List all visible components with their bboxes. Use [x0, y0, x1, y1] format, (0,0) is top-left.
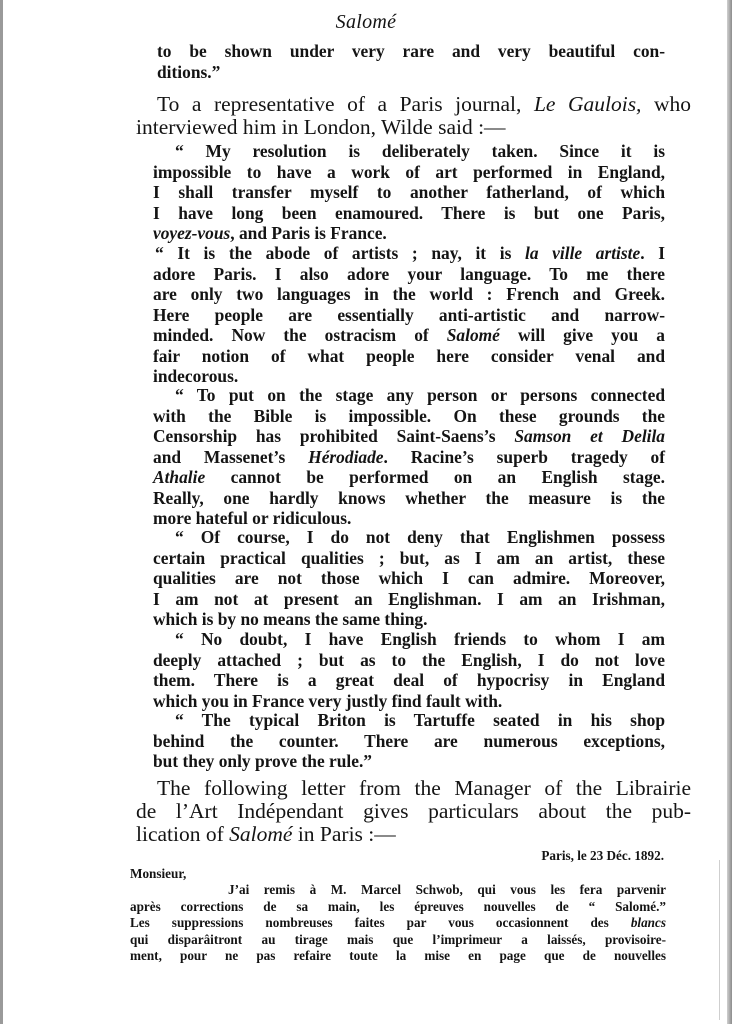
text-line: adore Paris. I also adore your language.…: [153, 264, 665, 285]
text-line: “ It is the abode of artists ; nay, it i…: [153, 243, 665, 264]
journal-title: Le Gaulois,: [534, 92, 642, 116]
text-line: qualities are not those which I can admi…: [153, 568, 665, 589]
text-line: To a representative of a Paris journal, …: [136, 93, 691, 116]
text-line: which you in France very justly find fau…: [153, 691, 665, 712]
text-line: voyez-vous, and Paris is France.: [153, 223, 665, 244]
text-line: ment, pour ne pas refaire toute la mise …: [130, 948, 666, 965]
text-line: “ Of course, I do not deny that Englishm…: [153, 527, 665, 548]
letter-intro-paragraph: The following letter from the Manager of…: [136, 777, 691, 846]
letter-dateline: Paris, le 23 Déc. 1892.: [130, 848, 666, 865]
quote-paragraph-1: “ My resolution is deliberately taken. S…: [153, 141, 665, 244]
text-line: “ No doubt, I have English friends to wh…: [153, 629, 665, 650]
page-left-edge: [0, 0, 3, 1024]
quote-paragraph-2: “ It is the abode of artists ; nay, it i…: [153, 243, 665, 387]
intro-tail-paragraph: to be shown under very rare and very bea…: [157, 41, 665, 82]
text-line: certain practical qualities ; but, as I …: [153, 548, 665, 569]
text-line: behind the counter. There are numerous e…: [153, 731, 665, 752]
page-right-edge: [727, 0, 732, 1024]
text-line: Here people are essentially anti-artisti…: [153, 305, 665, 326]
text-line: qui disparâitront au tirage mais que l’i…: [130, 932, 666, 949]
page-gutter-line: [719, 860, 720, 1020]
text-line: fair notion of what people here consider…: [153, 346, 665, 367]
text-line: to be shown under very rare and very bea…: [157, 41, 665, 62]
gaulois-paragraph: To a representative of a Paris journal, …: [136, 93, 691, 139]
text-line: indecorous.: [153, 366, 665, 387]
text-line: Censorship has prohibited Saint-Saens’s …: [153, 426, 665, 447]
text-line: but they only prove the rule.”: [153, 751, 665, 772]
text-line: Athalie cannot be performed on an Englis…: [153, 467, 665, 488]
text-line: Les suppressions nombreuses faites par v…: [130, 915, 666, 932]
text-line: J’ai remis à M. Marcel Schwob, qui vous …: [130, 882, 666, 899]
running-head: Salomé: [0, 10, 732, 34]
text-line: which is by no means the same thing.: [153, 609, 665, 630]
text-line: more hateful or ridiculous.: [153, 508, 665, 529]
text-line: are only two languages in the world : Fr…: [153, 284, 665, 305]
text-line: lication of Salomé in Paris :—: [136, 823, 691, 846]
quote-paragraph-4: “ Of course, I do not deny that Englishm…: [153, 527, 665, 630]
text-line: ditions.”: [157, 62, 665, 83]
text-line: minded. Now the ostracism of Salomé will…: [153, 325, 665, 346]
text-line: Really, one hardly knows whether the mea…: [153, 488, 665, 509]
text-line: impossible to have a work of art perform…: [153, 162, 665, 183]
text-line: and Massenet’s Hérodiade. Racine’s super…: [153, 447, 665, 468]
text-line: interviewed him in London, Wilde said :—: [136, 116, 691, 139]
text-line: The following letter from the Manager of…: [136, 777, 691, 800]
text-line: with the Bible is impossible. On these g…: [153, 406, 665, 427]
letter-block: Paris, le 23 Déc. 1892. Monsieur, J’ai r…: [130, 848, 666, 965]
text-line: them. There is a great deal of hypocrisy…: [153, 670, 665, 691]
text-line: deeply attached ; but as to the English,…: [153, 650, 665, 671]
text-line: I have long been enamoured. There is but…: [153, 203, 665, 224]
text-line: “ My resolution is deliberately taken. S…: [153, 141, 665, 162]
text-line: de l’Art Indépendant gives particulars a…: [136, 800, 691, 823]
letter-salutation: Monsieur,: [130, 866, 666, 883]
quote-paragraph-6: “ The typical Briton is Tartuffe seated …: [153, 710, 665, 772]
text-line: “ To put on the stage any person or pers…: [153, 385, 665, 406]
text-line: “ The typical Briton is Tartuffe seated …: [153, 710, 665, 731]
text-line: I shall transfer myself to another fathe…: [153, 182, 665, 203]
text-line: I am not at present an Englishman. I am …: [153, 589, 665, 610]
text-line: après corrections de sa main, les épreuv…: [130, 899, 666, 916]
quote-paragraph-3: “ To put on the stage any person or pers…: [153, 385, 665, 529]
quote-paragraph-5: “ No doubt, I have English friends to wh…: [153, 629, 665, 711]
